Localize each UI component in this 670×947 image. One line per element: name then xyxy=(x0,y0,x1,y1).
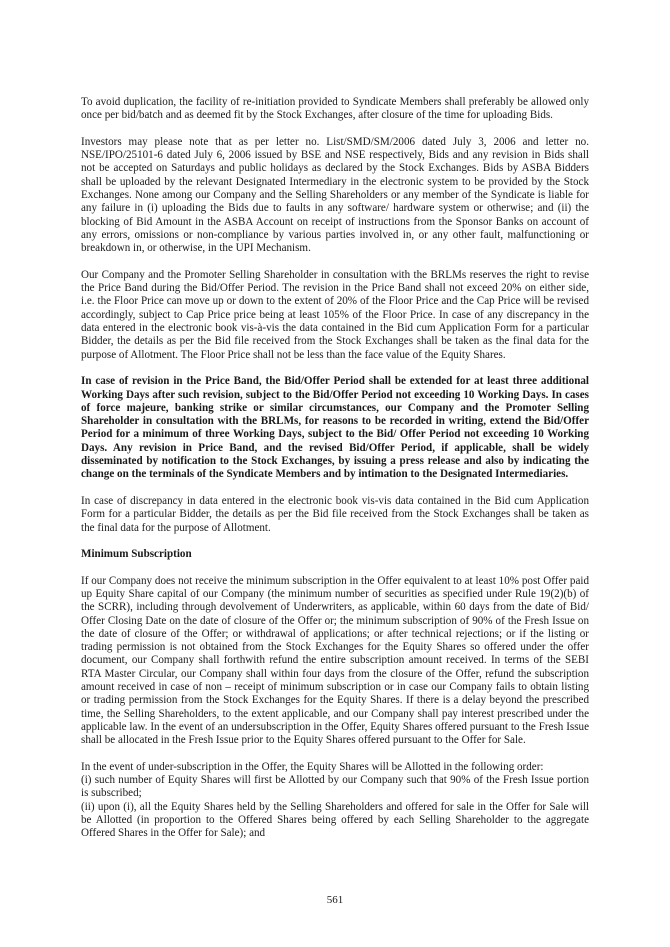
page-number: 561 xyxy=(0,894,670,906)
paragraph-minimum-subscription: If our Company does not receive the mini… xyxy=(81,575,589,748)
allotment-order-item: (ii) upon (i), all the Equity Shares hel… xyxy=(81,801,589,841)
section-heading-minimum-subscription: Minimum Subscription xyxy=(81,548,589,561)
paragraph-reinitiation: To avoid duplication, the facility of re… xyxy=(81,96,589,123)
paragraph-discrepancy: In case of discrepancy in data entered i… xyxy=(81,495,589,535)
paragraph-bid-period-extension: In case of revision in the Price Band, t… xyxy=(81,375,589,481)
paragraph-investor-note: Investors may please note that as per le… xyxy=(81,136,589,256)
paragraph-price-band-revision: Our Company and the Promoter Selling Sha… xyxy=(81,269,589,362)
allotment-order-list: In the event of under-subscription in th… xyxy=(81,761,589,841)
allotment-order-item: (i) such number of Equity Shares will fi… xyxy=(81,774,589,801)
allotment-order-intro: In the event of under-subscription in th… xyxy=(81,761,589,774)
document-page: To avoid duplication, the facility of re… xyxy=(81,96,589,841)
